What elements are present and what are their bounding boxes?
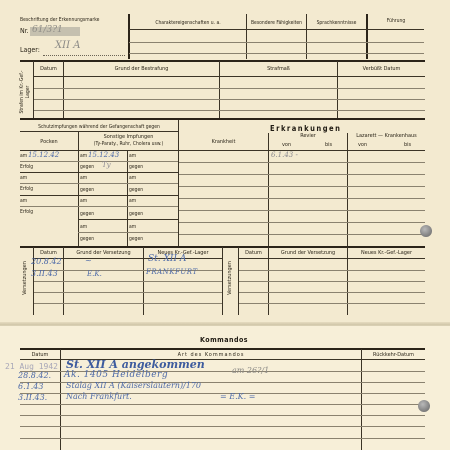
divider xyxy=(179,186,425,187)
divider xyxy=(239,270,425,271)
kommando-note: = E.K. = xyxy=(220,392,255,401)
vacc-label: gegen xyxy=(129,188,143,193)
divider xyxy=(239,258,425,259)
record-card: Beschriftung der Erkennungsmarke Nr. 61/… xyxy=(0,0,450,450)
vacc-label: Erfolg xyxy=(20,210,33,215)
revier-from: von xyxy=(282,142,291,148)
col-revier: Revier xyxy=(269,133,347,139)
col-date: Datum xyxy=(20,352,60,358)
divider xyxy=(20,426,425,427)
divider xyxy=(179,174,425,175)
divider xyxy=(179,162,425,163)
col-date: Datum xyxy=(239,250,268,256)
divider xyxy=(34,76,425,77)
lager-label: Lager: xyxy=(20,47,40,53)
vacc-other-against: Ty xyxy=(102,161,111,169)
divider xyxy=(34,303,222,304)
divider xyxy=(239,281,425,282)
divider xyxy=(179,234,425,235)
col-skills: Besondere Fähigkeiten xyxy=(247,20,306,26)
divider xyxy=(34,281,222,282)
col-return-date: Rückkehr-Datum xyxy=(362,352,425,358)
divider xyxy=(20,206,178,207)
kommando-entry: Nach Frankfurt. xyxy=(66,392,132,401)
kommando-entry: Stalag XII A (Kaiserslautern)/170 xyxy=(66,381,201,390)
divider xyxy=(179,198,425,199)
vacc-label: am xyxy=(129,199,136,204)
divider xyxy=(78,219,178,220)
divider xyxy=(20,172,178,173)
divider xyxy=(34,258,222,259)
divider xyxy=(222,247,223,315)
divider xyxy=(129,53,424,54)
col-illness: Krankheit xyxy=(179,139,268,145)
divider xyxy=(361,349,362,450)
transfers-left-side-label: Versetzungen xyxy=(22,258,28,298)
divider xyxy=(179,150,425,151)
divider xyxy=(129,29,424,30)
col-date: Datum xyxy=(34,250,63,256)
vacc-smallpox-date: 15.12.42 xyxy=(28,151,59,159)
transfer-date: 20.8.42 xyxy=(31,257,62,266)
divider xyxy=(34,99,425,100)
vacc-label: am xyxy=(129,225,136,230)
col-other: Sonstige Impfungen xyxy=(79,134,178,140)
col-reason: Grund der Versetzung xyxy=(64,250,143,256)
divider xyxy=(20,438,425,439)
lager-value: XII A xyxy=(55,40,80,51)
vacc-label: am xyxy=(20,154,27,159)
punishments-side-label: Strafen im Kr.-Gef.-Lager xyxy=(19,68,31,116)
nr-label: Nr. xyxy=(20,28,29,34)
lager-underline xyxy=(43,55,125,56)
illnesses-title: Erkrankungen xyxy=(270,124,341,133)
col-reason: Grund der Versetzung xyxy=(269,250,347,256)
divider xyxy=(179,222,425,223)
col-languages: Sprachkenntnisse xyxy=(307,20,366,26)
vacc-label: gegen xyxy=(80,212,94,217)
divider xyxy=(20,131,178,132)
punch-hole xyxy=(420,225,432,237)
divider xyxy=(34,292,222,293)
divider xyxy=(34,88,425,89)
col-conduct: Führung xyxy=(368,18,424,24)
transfer-new-camp: FRANKFURT xyxy=(146,268,198,276)
col-other-sub: (Ty-Paraty., Ruhr, Cholera usw.) xyxy=(79,141,178,147)
divider xyxy=(239,292,425,293)
vacc-other-date: 15.12.43 xyxy=(88,151,119,159)
kommandos-title: Kommandos xyxy=(200,336,248,344)
nr-value: 61/3?1 xyxy=(32,25,63,35)
divider xyxy=(34,110,425,111)
lazarett-from: von xyxy=(358,142,367,148)
vacc-label: am xyxy=(80,154,87,159)
arrival-stamp: 21 Aug 1942 xyxy=(5,362,58,371)
col-lazarett: Lazarett — Krankenhaus xyxy=(348,133,425,139)
transfer-new-camp: St. XII A xyxy=(148,254,186,264)
punch-hole xyxy=(418,400,430,412)
vacc-label: am xyxy=(20,176,27,181)
col-served: Verbüßt Datum xyxy=(338,66,425,72)
vacc-label: gegen xyxy=(129,237,143,242)
vacc-label: gegen xyxy=(129,165,143,170)
kommandos-section: Kommandos Datum Art des Kommandos Rückke… xyxy=(0,325,450,450)
col-sentence: Strafmaß xyxy=(220,66,337,72)
col-reason: Grund der Bestrafung xyxy=(64,66,219,72)
vaccinations-title: Schutzimpfungen während der Gefangenscha… xyxy=(20,124,178,130)
revier-from-value: 6.1.43 - xyxy=(271,151,298,159)
kommando-date: 3.II.43. xyxy=(18,393,47,402)
vacc-label: Erfolg xyxy=(20,187,33,192)
col-character: Charaktereigenschaften u. a. xyxy=(130,20,246,26)
divider xyxy=(20,415,425,416)
tag-description-label: Beschriftung der Erkennungsmarke xyxy=(20,17,99,23)
transfer-reason: ~ xyxy=(85,256,92,265)
divider xyxy=(129,42,424,43)
col-new-camp: Neues Kr.-Gef.-Lager xyxy=(348,250,425,256)
divider xyxy=(60,349,61,450)
lazarett-to: bis xyxy=(404,142,411,148)
kommando-note: am 26?/1 xyxy=(232,366,269,375)
divider xyxy=(179,210,425,211)
col-smallpox: Pocken xyxy=(20,139,78,145)
vacc-label: gegen xyxy=(80,188,94,193)
vacc-label: Erfolg xyxy=(20,165,33,170)
divider xyxy=(20,195,178,196)
transfers-right-side-label: Versetzungen xyxy=(227,258,233,298)
vacc-label: gegen xyxy=(80,165,94,170)
transfer-date: 3.II.43 xyxy=(31,269,58,278)
vacc-label: am xyxy=(129,154,136,159)
vacc-label: am xyxy=(80,176,87,181)
divider xyxy=(20,60,425,62)
vacc-label: am xyxy=(20,199,27,204)
vacc-label: am xyxy=(80,225,87,230)
kommando-entry: Ak. 1405 Heidelberg xyxy=(64,370,168,380)
vacc-label: gegen xyxy=(129,212,143,217)
divider xyxy=(20,118,425,120)
divider xyxy=(20,404,425,405)
divider xyxy=(20,348,425,350)
vacc-label: am xyxy=(129,176,136,181)
divider xyxy=(239,303,425,304)
vacc-label: am xyxy=(80,199,87,204)
kommando-date: 28.8.42. xyxy=(18,371,51,380)
transfer-reason: E.K. xyxy=(87,270,102,278)
divider xyxy=(20,183,178,184)
col-date: Datum xyxy=(34,66,63,72)
kommando-date: 6.1.43 xyxy=(18,382,43,391)
vacc-label: gegen xyxy=(80,237,94,242)
divider xyxy=(20,161,178,162)
divider xyxy=(78,232,178,233)
revier-to: bis xyxy=(325,142,332,148)
